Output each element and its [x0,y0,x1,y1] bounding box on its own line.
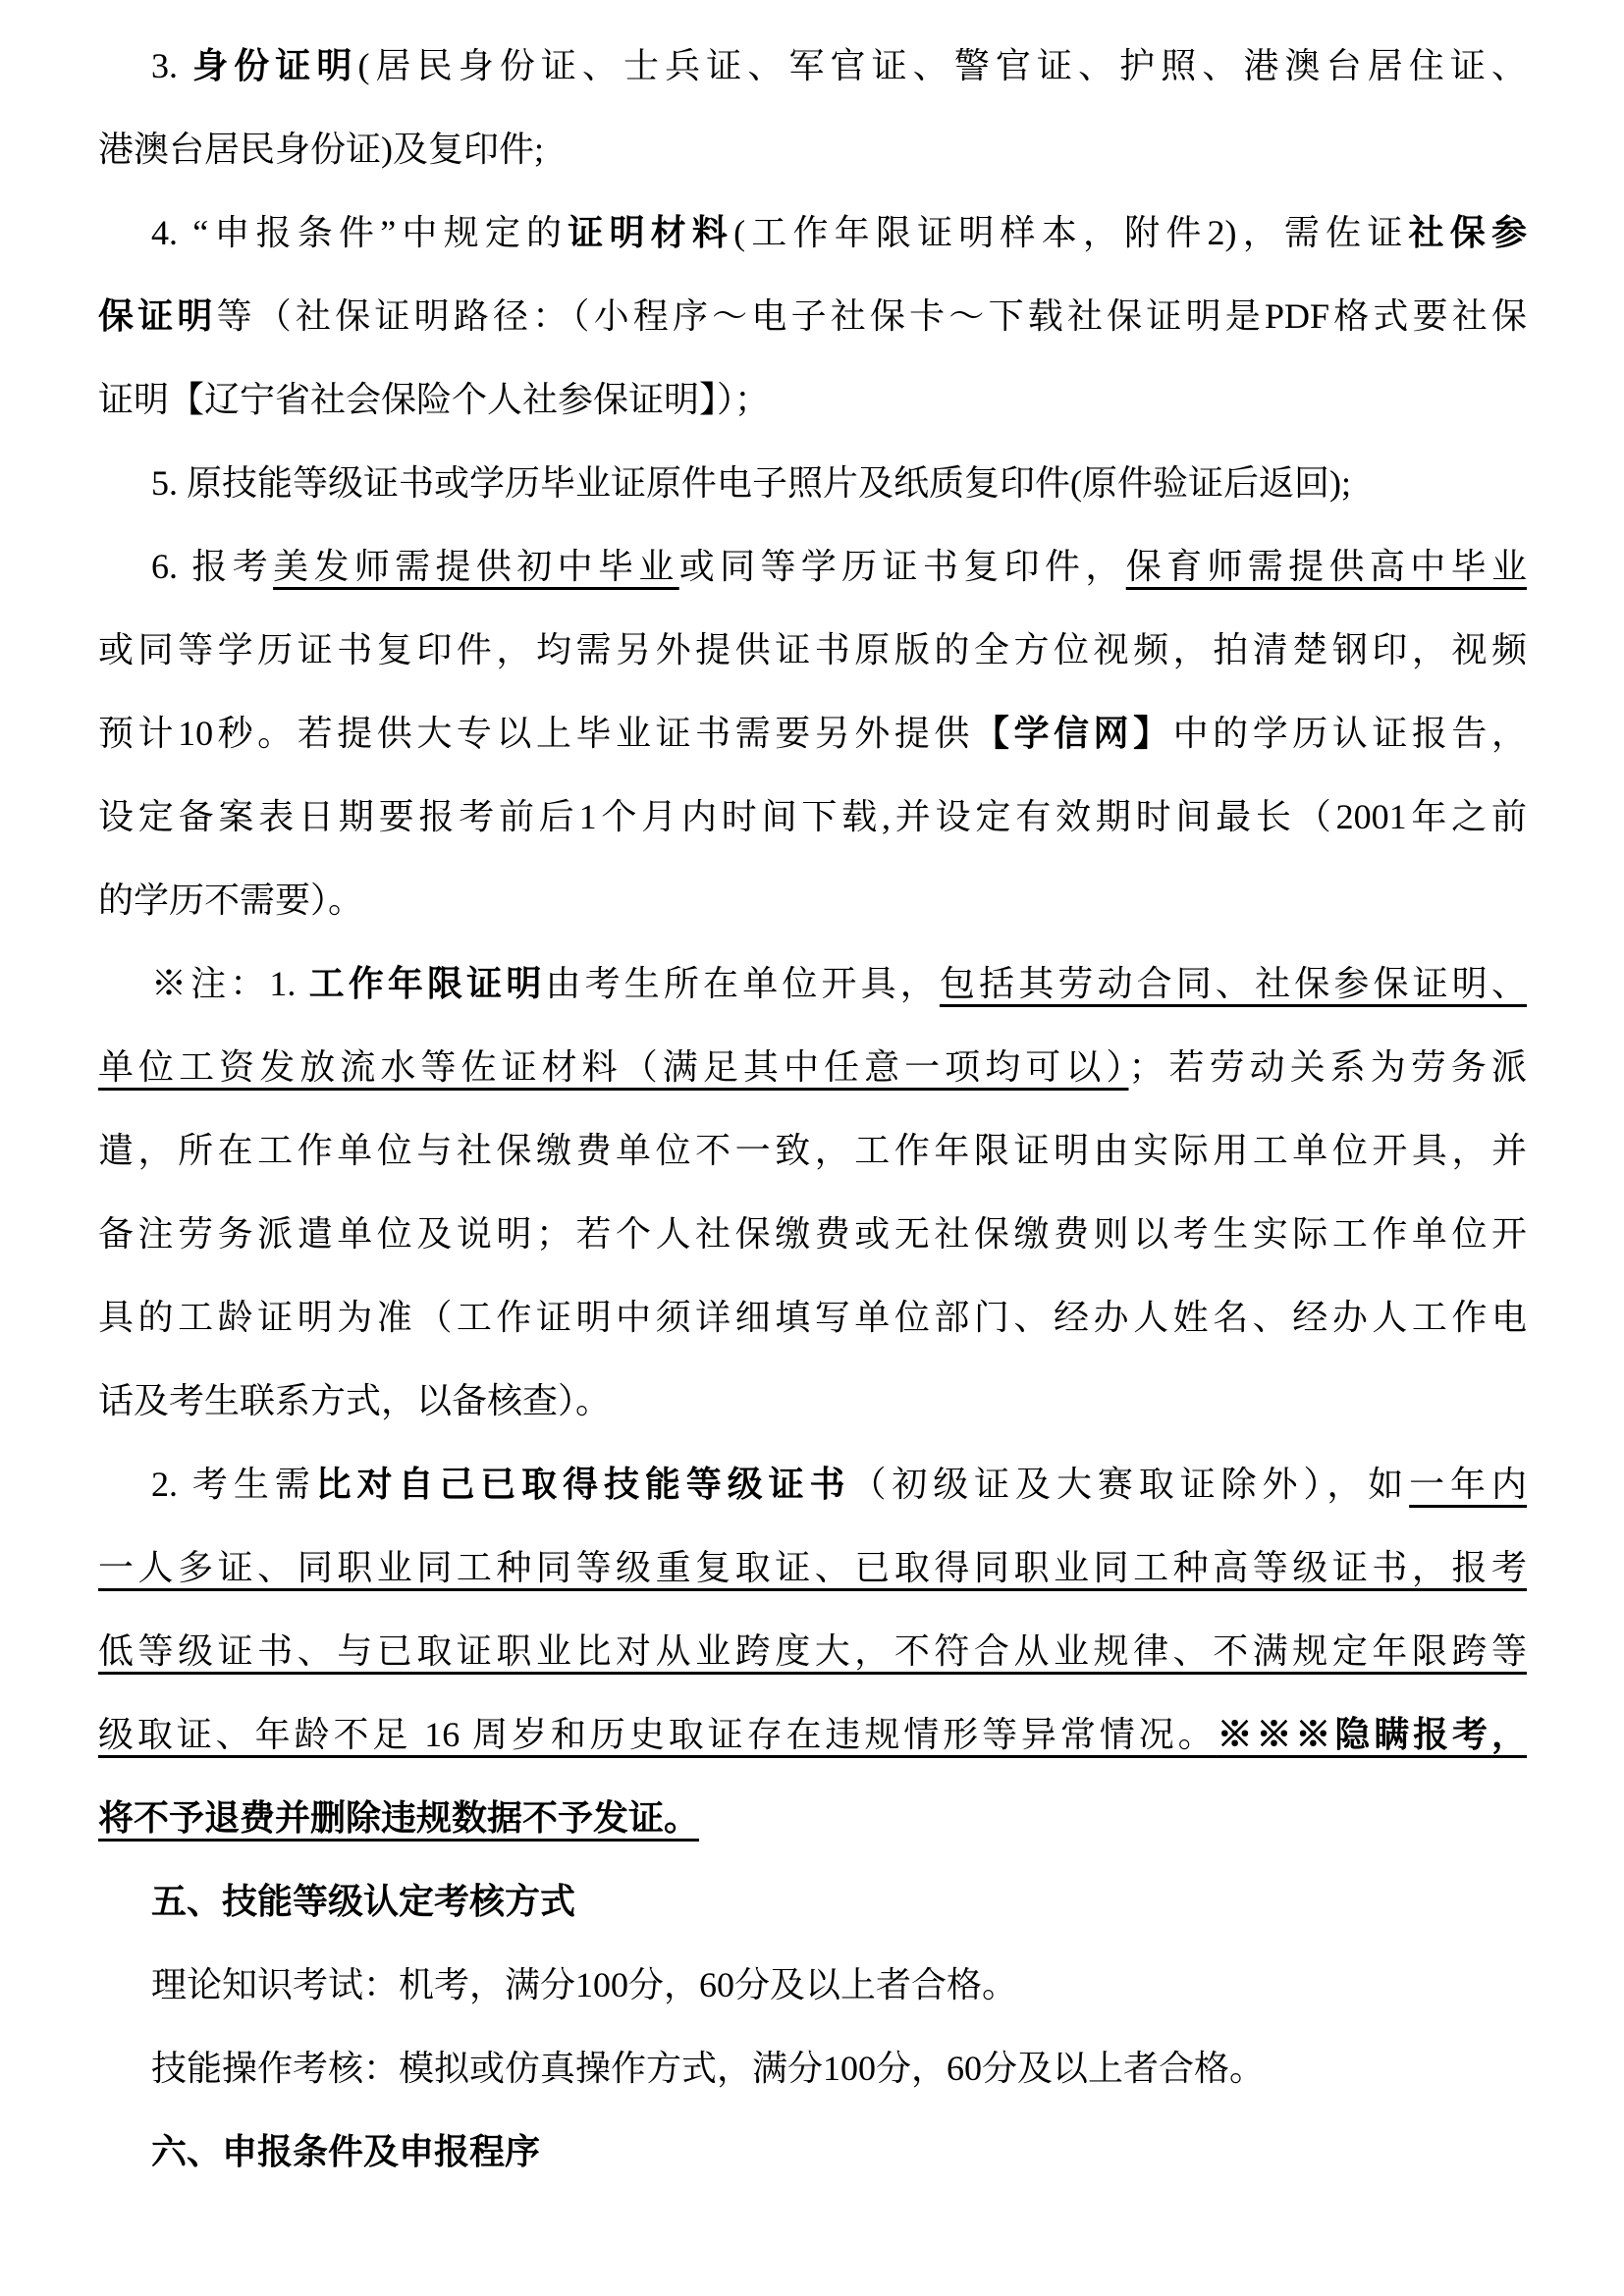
section-heading-5: 五、技能等级认定考核方式 [98,1860,1527,1944]
paragraph-6-line-2: 或同等学历证书复印件，均需另外提供证书原版的全方位视频，拍清楚钢印，视频 [98,609,1527,692]
paragraph-6-line-5: 的学历不需要）。 [98,859,1527,942]
text-run: 的学历不需要）。 [98,881,363,920]
bold-text-run: 六、申报条件及申报程序 [151,2132,540,2171]
text-run: 3. [151,46,192,85]
paragraph-3-line-1: 3. 身份证明(居民身份证、士兵证、军官证、警官证、护照、港澳台居住证、 [98,25,1527,108]
note-2-line-5: 将不予退费并删除违规数据不予发证。 [98,1777,1527,1860]
paragraph-6-line-3: 预计10秒。若提供大专以上毕业证书需要另外提供【学信网】中的学历认证报告， [98,692,1527,775]
note-1-line-5: 具的工龄证明为准（工作证明中须详细填写单位部门、经办人姓名、经办人工作电 [98,1276,1527,1360]
paragraph-6-line-1: 6. 报考美发师需提供初中毕业或同等学历证书复印件，保育师需提供高中毕业 [98,525,1527,609]
note-1-line-6: 话及考生联系方式，以备核查）。 [98,1360,1527,1443]
text-run: 备注劳务派遣单位及说明；若个人社保缴费或无社保缴费则以考生实际工作单位开 [98,1214,1527,1254]
note-2-line-1: 2. 考生需比对自己已取得技能等级证书（初级证及大赛取证除外），如一年内 [98,1443,1527,1526]
text-run: 或同等学历证书复印件，均需另外提供证书原版的全方位视频，拍清楚钢印，视频 [98,630,1527,669]
bold-text-run: 工作年限证明 [309,964,546,1003]
bold-text-run: 【学信网】 [974,714,1173,753]
underlined-text-run: 级取证、年龄不足 16 周岁和历史取证存在违规情形等异常情况。 [98,1715,1218,1754]
text-run: 设定备案表日期要报考前后1个月内时间下载,并设定有效期时间最长（2001年之前 [98,797,1527,836]
bold-underlined-text-run: 将不予退费并删除违规数据不予发证。 [98,1798,699,1838]
underlined-text-run: 保育师需提供高中毕业 [1126,547,1527,586]
bold-text-run: 身份证明 [192,46,357,85]
skill-exam-line: 技能操作考核：模拟或仿真操作方式，满分100分，60分及以上者合格。 [98,2027,1527,2110]
text-run: ※注：1. [151,964,309,1003]
paragraph-4-line-1: 4. “申报条件”中规定的证明材料(工作年限证明样本，附件2)，需佐证社保参 [98,191,1527,275]
text-run: 技能操作考核：模拟或仿真操作方式，满分100分，60分及以上者合格。 [151,2049,1265,2088]
underlined-text-run: 美发师需提供初中毕业 [273,547,679,586]
note-1-line-2: 单位工资发放流水等佐证材料（满足其中任意一项均可以）；若劳动关系为劳务派 [98,1026,1527,1109]
text-run: 理论知识考试：机考，满分100分，60分及以上者合格。 [151,1965,1017,2004]
paragraph-3-line-2: 港澳台居民身份证)及复印件; [98,108,1527,191]
note-2-line-3: 低等级证书、与已取证职业比对从业跨度大，不符合从业规律、不满规定年限跨等 [98,1610,1527,1693]
theory-exam-line: 理论知识考试：机考，满分100分，60分及以上者合格。 [98,1944,1527,2027]
note-1-line-1: ※注：1. 工作年限证明由考生所在单位开具，包括其劳动合同、社保参保证明、 [98,942,1527,1026]
note-1-line-3: 遣，所在工作单位与社保缴费单位不一致，工作年限证明由实际用工单位开具，并 [98,1109,1527,1193]
bold-text-run: 证明材料 [568,213,733,252]
bold-text-run: 社保参 [1409,213,1527,252]
text-run: 5. 原技能等级证书或学历毕业证原件电子照片及纸质复印件(原件验证后返回); [151,463,1351,503]
text-run: 预计10秒。若提供大专以上毕业证书需要另外提供 [98,714,974,753]
note-1-line-4: 备注劳务派遣单位及说明；若个人社保缴费或无社保缴费则以考生实际工作单位开 [98,1193,1527,1276]
text-run: 4. “申报条件”中规定的 [151,213,568,252]
text-run: (居民身份证、士兵证、军官证、警官证、护照、港澳台居住证、 [357,46,1527,85]
bold-text-run: 五、技能等级认定考核方式 [151,1882,575,1921]
underlined-text-run: 包括其劳动合同、社保参保证明、 [940,964,1527,1003]
text-run: 6. 报考 [151,547,273,586]
text-run: 等（社保证明路径：（小程序～电子社保卡～下载社保证明是PDF格式要社保 [217,296,1527,336]
underlined-text-run: 单位工资发放流水等佐证材料（满足其中任意一项均可以） [98,1047,1128,1087]
note-2-line-4: 级取证、年龄不足 16 周岁和历史取证存在违规情形等异常情况。※※※隐瞒报考， [98,1693,1527,1777]
section-heading-6: 六、申报条件及申报程序 [98,2110,1527,2194]
text-run: 2. 考生需 [151,1465,316,1504]
underlined-text-run: 低等级证书、与已取证职业比对从业跨度大，不符合从业规律、不满规定年限跨等 [98,1631,1527,1671]
document-page: 3. 身份证明(居民身份证、士兵证、军官证、警官证、护照、港澳台居住证、港澳台居… [0,0,1624,2296]
paragraph-4-line-3: 证明【辽宁省社会保险个人社参保证明】）； [98,358,1527,442]
paragraph-6-line-4: 设定备案表日期要报考前后1个月内时间下载,并设定有效期时间最长（2001年之前 [98,775,1527,859]
text-run: ；若劳动关系为劳务派 [1128,1047,1527,1087]
text-run: 或同等学历证书复印件， [679,547,1126,586]
underlined-text-run: 一年内 [1409,1465,1527,1504]
paragraph-5-line-1: 5. 原技能等级证书或学历毕业证原件电子照片及纸质复印件(原件验证后返回); [98,442,1527,525]
note-2-line-2: 一人多证、同职业同工种同等级重复取证、已取得同职业同工种高等级证书，报考 [98,1526,1527,1610]
paragraph-4-line-2: 保证明等（社保证明路径：（小程序～电子社保卡～下载社保证明是PDF格式要社保 [98,275,1527,358]
text-run: 具的工龄证明为准（工作证明中须详细填写单位部门、经办人姓名、经办人工作电 [98,1298,1527,1337]
text-run: （初级证及大赛取证除外），如 [850,1465,1409,1504]
text-run: 遣，所在工作单位与社保缴费单位不一致，工作年限证明由实际用工单位开具，并 [98,1131,1527,1170]
text-run: 港澳台居民身份证)及复印件; [98,130,544,169]
bold-underlined-text-run: ※※※隐瞒报考， [1218,1715,1527,1754]
text-run: (工作年限证明样本，附件2)，需佐证 [733,213,1408,252]
bold-text-run: 保证明 [98,296,217,336]
underlined-text-run: 一人多证、同职业同工种同等级重复取证、已取得同职业同工种高等级证书，报考 [98,1548,1527,1587]
text-run: 由考生所在单位开具， [545,964,939,1003]
text-run: 话及考生联系方式，以备核查）。 [98,1381,611,1420]
text-run: 证明【辽宁省社会保险个人社参保证明】）； [98,380,770,419]
bold-text-run: 比对自己已取得技能等级证书 [316,1465,851,1504]
text-run: 中的学历认证报告， [1173,714,1527,753]
